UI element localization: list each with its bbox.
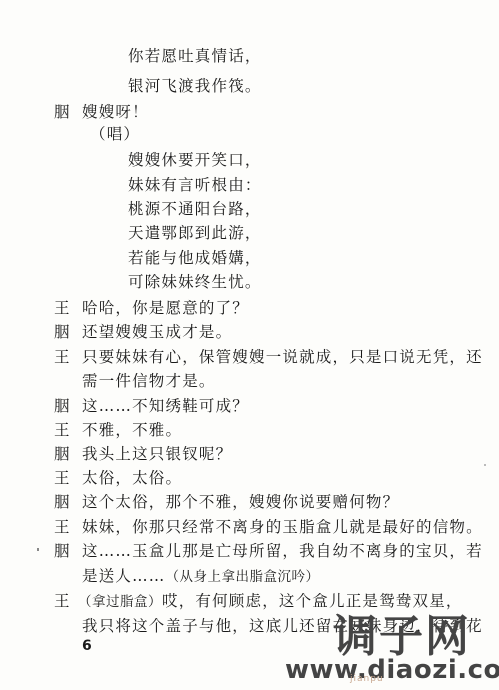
stage-direction: （唱）	[90, 124, 140, 144]
verse-line: 天遣鄂郎到此游，	[128, 223, 262, 243]
line-text: 太俗，太俗。	[82, 469, 182, 487]
dialogue-line: 这个太俗，那个不雅，嫂嫂你说要赠何物？	[82, 492, 399, 512]
speaker-label: 胭	[54, 541, 70, 561]
line-text: 嫂嫂呀！	[82, 103, 149, 121]
line-text: 天遣鄂郎到此游，	[128, 224, 262, 242]
dialogue-line: 我头上这只银钗呢？	[82, 444, 232, 464]
dialogue-line: （拿过脂盒）哎，有何顾虑，这个盒儿正是鸳鸯双星，	[78, 591, 463, 612]
line-text: 妹妹有言听根由：	[128, 176, 262, 194]
speaker-label: 胭	[54, 492, 70, 512]
speaker-label: 王	[54, 591, 70, 611]
speaker-label: 胭	[54, 444, 70, 464]
stage-direction: （拿过脂盒）	[78, 594, 162, 610]
dialogue-line: 不雅，不雅。	[82, 420, 182, 440]
dialogue-line: 嫂嫂呀！	[82, 102, 149, 122]
line-text: 哎，有何顾虑，这个盒儿正是鸳鸯双星，	[162, 592, 463, 610]
line-text: 银河飞渡我作筏。	[128, 77, 262, 95]
speaker-label: 王	[54, 517, 70, 537]
dialogue-line: 是送人……（从身上拿出脂盒沉吟）	[82, 566, 320, 587]
line-text: 不雅，不雅。	[82, 421, 182, 439]
dialogue-line: 哈哈，你是愿意的了？	[82, 298, 249, 318]
verse-line: 可除妹妹终生忧。	[128, 272, 262, 292]
speaker-label: 胭	[54, 322, 70, 342]
line-text: 妹妹，你那只经常不离身的玉脂盒儿就是最好的信物。	[82, 518, 483, 536]
dialogue-line: 只要妹妹有心，保管嫂嫂一说就成，只是口说无凭，还	[82, 347, 483, 367]
line-text: 你若愿吐真情话，	[128, 47, 262, 65]
verse-line: 嫂嫂休要开笑口，	[128, 150, 262, 170]
line-text: 这……不知绣鞋可成？	[82, 397, 249, 415]
dialogue-line: 需一件信物才是。	[82, 371, 216, 391]
line-text: 需一件信物才是。	[82, 372, 216, 390]
verse-line: 桃源不通阳台路，	[128, 199, 262, 219]
line-text: 嫂嫂休要开笑口，	[128, 151, 262, 169]
line-text: 还望嫂嫂玉成才是。	[82, 323, 232, 341]
page-number: 6	[82, 638, 92, 654]
dialogue-line: 太俗，太俗。	[82, 468, 182, 488]
speaker-label: 王	[54, 468, 70, 488]
verse-line: 你若愿吐真情话，	[128, 46, 262, 66]
verse-line: 若能与他成婚媾，	[128, 248, 262, 268]
line-text: 我头上这只银钗呢？	[82, 445, 232, 463]
stage-direction: （从身上拿出脂盒沉吟）	[166, 569, 320, 585]
watermark-sub: jianpu	[350, 674, 384, 684]
line-text: 这……玉盒儿那是亡母所留，我自幼不离身的宝贝，若	[82, 542, 483, 560]
dialogue-line: 这……不知绣鞋可成？	[82, 396, 249, 416]
line-text: 桃源不通阳台路，	[128, 200, 262, 218]
watermark-url: www.diaozi.com	[285, 655, 499, 685]
line-text: 若能与他成婚媾，	[128, 249, 262, 267]
line-text: 哈哈，你是愿意的了？	[82, 299, 249, 317]
speaker-label: 王	[54, 298, 70, 318]
speaker-label: 王	[54, 420, 70, 440]
line-text: （唱）	[90, 125, 140, 143]
scan-speck	[484, 464, 486, 466]
line-text: 可除妹妹终生忧。	[128, 273, 262, 291]
speaker-label: 王	[54, 347, 70, 367]
verse-line: 银河飞渡我作筏。	[128, 76, 262, 96]
dialogue-line: 这……玉盒儿那是亡母所留，我自幼不离身的宝贝，若	[82, 541, 483, 561]
speaker-label: 胭	[54, 396, 70, 416]
scan-speck	[37, 548, 39, 551]
dialogue-line: 妹妹，你那只经常不离身的玉脂盒儿就是最好的信物。	[82, 517, 483, 537]
line-text: 只要妹妹有心，保管嫂嫂一说就成，只是口说无凭，还	[82, 348, 483, 366]
line-text: 是送人……	[82, 567, 166, 585]
dialogue-line: 还望嫂嫂玉成才是。	[82, 322, 232, 342]
document-page: 你若愿吐真情话，银河飞渡我作筏。胭嫂嫂呀！（唱）嫂嫂休要开笑口，妹妹有言听根由：…	[0, 0, 499, 690]
speaker-label: 胭	[54, 102, 70, 122]
line-text: 这个太俗，那个不雅，嫂嫂你说要赠何物？	[82, 493, 399, 511]
verse-line: 妹妹有言听根由：	[128, 175, 262, 195]
